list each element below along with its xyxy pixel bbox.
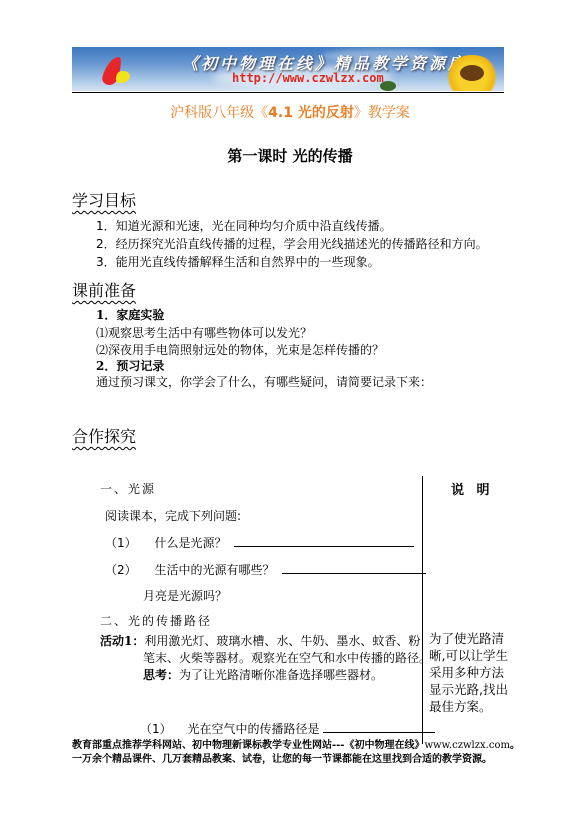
question-text: 月亮是光源吗？ [143,588,227,604]
think-row: 思考：为了让光路清晰你准备选择哪些器材。 [143,667,383,683]
title-prefix: 沪科版八年级《 [170,105,268,121]
answer-blank[interactable] [323,721,435,733]
footer-line-1: 教育部重点推荐学科网站、初中物理新课标教学专业性网站---《初中物理在线》www… [72,740,520,752]
banner-url[interactable]: http://www.czwlzx.com [232,71,384,85]
sunflower-icon [444,55,500,91]
lesson-title: 第一课时 光的传播 [0,145,580,166]
question-row: （1） 光在空气中的传播路径是 [140,721,435,737]
part2-heading: 二、光的传播路径 [100,613,212,629]
question-text: 生活中的光源有哪些？ [154,563,274,577]
title-suffix: 》教学案 [354,105,410,121]
think-label: 思考： [143,668,179,682]
experiment-label: 1．家庭实验 [96,307,164,323]
activity-text: 笔末、火柴等器材。观察光在空气和水中传播的路径。 [143,650,431,666]
question-number: （1） [105,536,137,550]
part1-instruction: 阅读课本，完成下列问题: [105,508,241,524]
think-text: 为了让光路清晰你准备选择哪些器材。 [179,668,383,682]
header-divider [72,92,504,93]
title-topic: 4.1 光的反射 [268,105,354,121]
footer-text: 教育部重点推荐学科网站、初中物理新课标教学专业性网站---《初中物理在线》 [72,740,424,751]
objective-item: 2．经历探究光沿直线传播的过程，学会用光线描述光的传播路径和方向。 [96,236,488,252]
question-text: 光在空气中的传播路径是 [187,722,319,736]
activity-row: 活动1：利用激光灯、玻璃水槽、水、牛奶、墨水、蚊香、粉 [100,633,420,649]
objective-item: 1．知道光源和光速，光在同种均匀介质中沿直线传播。 [96,218,392,234]
header-banner: 《初中物理在线》精品教学资源库 http://www.czwlzx.com [72,47,504,91]
footer-line-2: 一万余个精品课件、几万套精品教案、试卷，让您的每一节课都能在这里找到合适的教学资… [72,754,492,766]
answer-blank[interactable] [282,562,426,574]
activity-label: 活动1： [100,634,144,648]
logo-icon-accent [114,71,132,83]
leaf-decoration [380,81,396,91]
question-row: （1） 什么是光源？ [105,535,414,551]
activity-text: 利用激光灯、玻璃水槽、水、牛奶、墨水、蚊香、粉 [144,634,420,648]
answer-blank[interactable] [234,535,414,547]
part1-heading: 一、光源 [100,481,156,497]
preview-text: 通过预习课文，你学会了什么，有哪些疑问，请简要记录下来： [96,374,432,390]
objectives-heading: 学习目标 [72,188,136,211]
objective-item: 3．能用光直线传播解释生活和自然界中的一些现象。 [96,254,380,270]
question-text: 什么是光源？ [154,536,226,550]
footer-punct: 。 [510,740,520,751]
question-number: （2） [105,563,137,577]
footer-url[interactable]: www.czwlzx.com [424,740,510,751]
experiment-item: ⑵深夜用手电筒照射远处的物体，光束是怎样传播的？ [96,342,384,358]
preview-label: 2．预习记录 [96,358,164,374]
inquiry-heading: 合作探究 [72,424,136,447]
notes-column-divider [422,476,423,744]
document-title: 沪科版八年级《4.1 光的反射》教学案 [0,102,580,122]
experiment-item: ⑴观察思考生活中有哪些物体可以发光？ [96,325,312,341]
notes-heading: 说 明 [451,479,494,498]
question-row: （2） 生活中的光源有哪些？ [105,562,426,578]
question-number: （1） [140,722,172,736]
teacher-note: 为了使光路清晰,可以让学生采用多种方法显示光路,找出最佳方案。 [429,630,509,715]
preparation-heading: 课前准备 [72,278,136,301]
